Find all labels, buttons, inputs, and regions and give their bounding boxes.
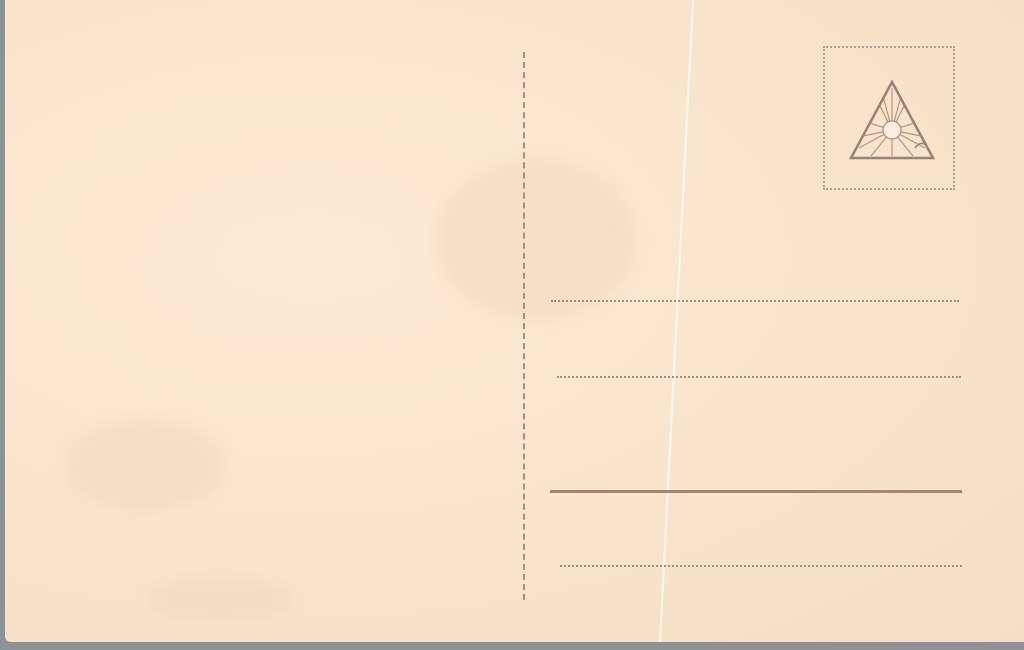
center-divider-line: [523, 52, 525, 600]
address-line-1: [551, 300, 959, 302]
paper-stain: [435, 160, 635, 320]
stamp-box: [823, 46, 955, 190]
address-line-4: [560, 565, 962, 567]
postcard-back: [5, 0, 1024, 642]
paper-stain: [65, 420, 225, 510]
triangle-sunburst-icon: [849, 78, 935, 162]
address-line-2: [557, 376, 961, 378]
address-line-3: [550, 490, 962, 493]
paper-stain: [145, 580, 295, 620]
